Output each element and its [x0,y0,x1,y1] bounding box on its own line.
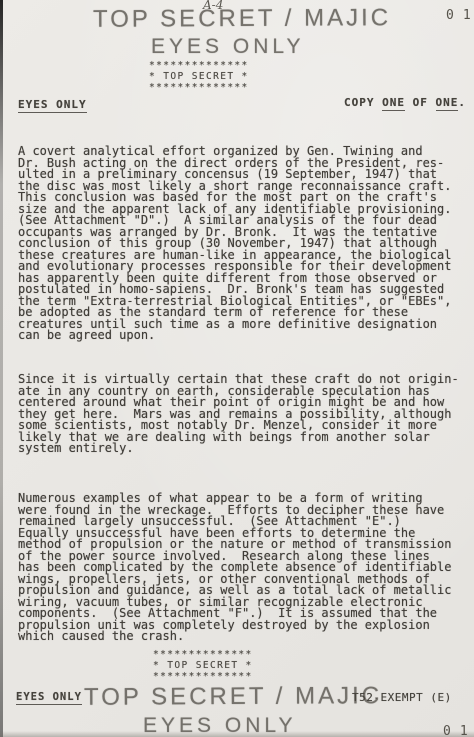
corner-mark-bottom-right: 01 [443,724,474,737]
eyes-only-stamp-footer: EYES ONLY [143,714,297,737]
copy-one-second: ONE [436,96,459,111]
scan-edge-left [0,0,3,737]
body-paragraph-2: Since it is virtually certain that these… [18,374,459,455]
top-secret-majic-stamp-footer: TOP SECRET / MAJIC [84,682,382,712]
eyes-only-label-header: EYES ONLY [18,98,87,113]
body-paragraph-1: A covert analytical effort organized by … [18,146,451,342]
eyes-only-label-footer: EYES ONLY [16,691,82,705]
top-secret-majic-stamp-header: TOP SECRET / MAJIC [93,4,391,34]
copy-number-line: COPY ONE OF ONE. [344,96,466,109]
copy-of: OF [405,96,436,109]
corner-mark-top-right: 01 [446,8,474,23]
copy-one-first: ONE [382,96,405,111]
copy-period: . [458,96,466,109]
classification-box-footer: ************** * TOP SECRET * **********… [153,650,253,682]
exemption-code: T52-EXEMPT (E) [352,691,452,704]
classification-box-header: ************** * TOP SECRET * **********… [149,61,249,93]
body-paragraph-3: Numerous examples of what appear to be a… [18,493,451,643]
copy-prefix: COPY [344,96,382,109]
scanned-document-page: A-4 TOP SECRET / MAJIC 01 EYES ONLY ****… [0,0,474,737]
eyes-only-stamp-header: EYES ONLY [151,35,305,59]
